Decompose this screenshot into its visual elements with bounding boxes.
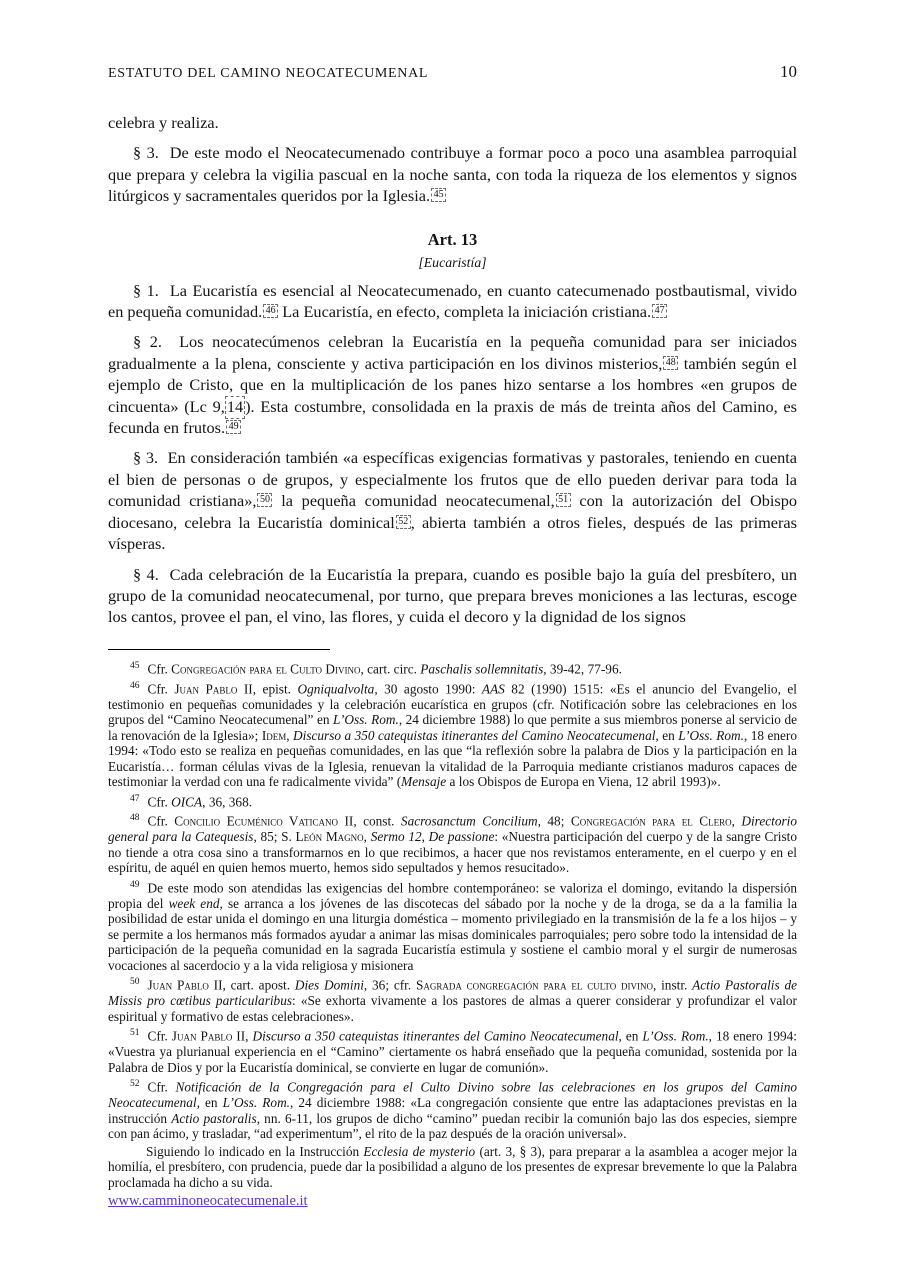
footnote-ref-52[interactable]: 52 — [396, 515, 411, 529]
page-number: 10 — [780, 62, 797, 82]
footnote-number: 48 — [130, 813, 140, 823]
footnote-number: 46 — [130, 681, 140, 691]
body-paragraph: § 4. Cada celebración de la Eucaristía l… — [108, 564, 797, 628]
text-run: Juan Pablo II — [172, 1029, 245, 1044]
body-paragraph: § 1. La Eucaristía es esencial al Neocat… — [108, 280, 797, 323]
body-paragraph: § 3. De este modo el Neocatecumenado con… — [108, 142, 797, 206]
text-run: a los Obispos de Europa en Viena, 12 abr… — [446, 774, 720, 789]
footnote-ref-49[interactable]: 49 — [226, 420, 241, 434]
footnote-ref-47[interactable]: 47 — [652, 304, 667, 318]
text-run: AAS — [482, 681, 505, 696]
text-run: León Magno — [296, 829, 364, 844]
text-run: Congregación para el Culto Divino — [171, 661, 360, 676]
text-run: , — [732, 814, 742, 829]
footnote-ref-48[interactable]: 48 — [663, 356, 678, 370]
text-run: Cfr. — [148, 1029, 172, 1044]
article-subtitle: [Eucaristía] — [108, 255, 797, 271]
text-run: , — [286, 728, 293, 743]
footnote-51: 51Cfr. Juan Pablo II, Discurso a 350 cat… — [108, 1026, 797, 1075]
text-run: Actio pastoralis — [171, 1111, 256, 1126]
footnote-50: 50Juan Pablo II, cart. apost. Dies Domin… — [108, 975, 797, 1024]
text-run: Juan Pablo II — [174, 681, 252, 696]
article-heading: Art. 13 — [108, 230, 797, 250]
text-run: , 36; cfr. — [364, 978, 416, 993]
text-run: , instr. — [653, 978, 692, 993]
text-run: 48; — [541, 814, 571, 829]
text-run: Dies Domini — [295, 978, 364, 993]
text-run: Sermo 12, De passione — [371, 829, 495, 844]
footnote-46: 46Cfr. Juan Pablo II, epist. Ogniqualvol… — [108, 679, 797, 790]
footnote-ref-45[interactable]: 45 — [431, 188, 446, 202]
text-run: Cfr. — [148, 814, 175, 829]
text-run: § 4. Cada celebración de la Eucaristía l… — [108, 565, 797, 627]
text-run: en — [622, 1029, 643, 1044]
footnote-number: 51 — [130, 1028, 140, 1038]
footnote-52: 52Cfr. Notificación de la Congregación p… — [108, 1077, 797, 1141]
text-run: OICA — [171, 794, 202, 809]
body-paragraph: celebra y realiza. — [108, 112, 797, 133]
text-run: § 3. De este modo el Neocatecumenado con… — [108, 143, 797, 205]
footnotes-section: 45Cfr. Congregación para el Culto Divino… — [108, 659, 797, 1190]
footnote-number: 47 — [130, 794, 140, 804]
footnote-47: 47Cfr. OICA, 36, 368. — [108, 792, 797, 810]
text-run: , — [364, 829, 371, 844]
text-run: Juan Pablo II — [148, 978, 223, 993]
footnote-48: 48Cfr. Concilio Ecuménico Vaticano II, c… — [108, 811, 797, 875]
text-run: en — [200, 1095, 223, 1110]
text-run: Sagrada congregación para el culto divin… — [416, 978, 653, 993]
text-run: Paschalis sollemnitatis — [420, 661, 543, 676]
text-run: week end — [169, 896, 220, 911]
footnote-49: 49De este modo son atendidas las exigenc… — [108, 878, 797, 973]
text-run: , 85; S. — [253, 829, 295, 844]
footnote-number: 52 — [130, 1079, 140, 1089]
text-run: Cfr. — [148, 1080, 176, 1095]
running-title: ESTATUTO DEL CAMINO NEOCATECUMENAL — [108, 66, 428, 82]
footnote-ref-51[interactable]: 51 — [556, 493, 571, 507]
text-run: Ecclesia de mysterio — [363, 1144, 475, 1159]
body-paragraph: § 2. Los neocatecúmenos celebran la Euca… — [108, 331, 797, 438]
text-run: , cart. apost. — [223, 978, 295, 993]
text-run: L’Oss. Rom. — [333, 712, 399, 727]
text-run: Cfr. — [148, 661, 172, 676]
text-run: , 30 agosto 1990: — [374, 681, 482, 696]
text-run: Discurso a 350 catequistas itinerantes d… — [252, 1029, 621, 1044]
text-run: Mensaje — [401, 774, 446, 789]
website-link[interactable]: www.camminoneocatecumenale.it — [108, 1193, 308, 1209]
text-run: , 36, 368. — [202, 794, 252, 809]
document-body: celebra y realiza.§ 3. De este modo el N… — [108, 112, 797, 628]
text-run: Siguiendo lo indicado en la Instrucción — [146, 1144, 363, 1159]
text-run: L’Oss. Rom. — [642, 1029, 708, 1044]
text-run: la pequeña comunidad neocatecumenal, — [272, 491, 554, 510]
footnote-continuation: Siguiendo lo indicado en la Instrucción … — [108, 1144, 797, 1191]
text-run: , cart. circ. — [360, 661, 420, 676]
footnote-number: 50 — [130, 977, 140, 987]
text-run: Discurso a 350 catequistas itinerantes d… — [293, 728, 655, 743]
text-run: Cfr. — [148, 681, 175, 696]
text-run: Concilio Ecuménico Vaticano II — [174, 814, 353, 829]
footnote-number: 45 — [130, 661, 140, 671]
scripture-ref-link[interactable]: 14 — [225, 396, 245, 419]
text-run: Congregación para el Clero — [571, 814, 732, 829]
text-run: Idem — [262, 728, 286, 743]
footnote-ref-46[interactable]: 46 — [263, 304, 278, 318]
footnote-separator — [108, 649, 330, 650]
footnote-ref-50[interactable]: 50 — [257, 493, 272, 507]
text-run: Ogniqualvolta — [297, 681, 374, 696]
text-run: , 39-42, 77-96. — [543, 661, 622, 676]
text-run: L’Oss. Rom. — [678, 728, 744, 743]
text-run: Cfr. — [148, 794, 172, 809]
page-footer: www.camminoneocatecumenale.it — [108, 1192, 308, 1210]
footnote-number: 49 — [130, 880, 140, 890]
text-run: L’Oss. Rom. — [223, 1095, 290, 1110]
text-run: Sacrosanctum Concilium, — [401, 814, 541, 829]
text-run: , epist. — [253, 681, 298, 696]
text-run: , const. — [353, 814, 401, 829]
text-run: celebra y realiza. — [108, 113, 219, 132]
text-run: La Eucaristía, en efecto, completa la in… — [278, 302, 651, 321]
body-paragraph: § 3. En consideración también «a específ… — [108, 447, 797, 554]
page-header: ESTATUTO DEL CAMINO NEOCATECUMENAL 10 — [108, 62, 797, 82]
document-page: ESTATUTO DEL CAMINO NEOCATECUMENAL 10 ce… — [0, 0, 905, 1280]
text-run: , en — [655, 728, 678, 743]
footnote-45: 45Cfr. Congregación para el Culto Divino… — [108, 659, 797, 677]
